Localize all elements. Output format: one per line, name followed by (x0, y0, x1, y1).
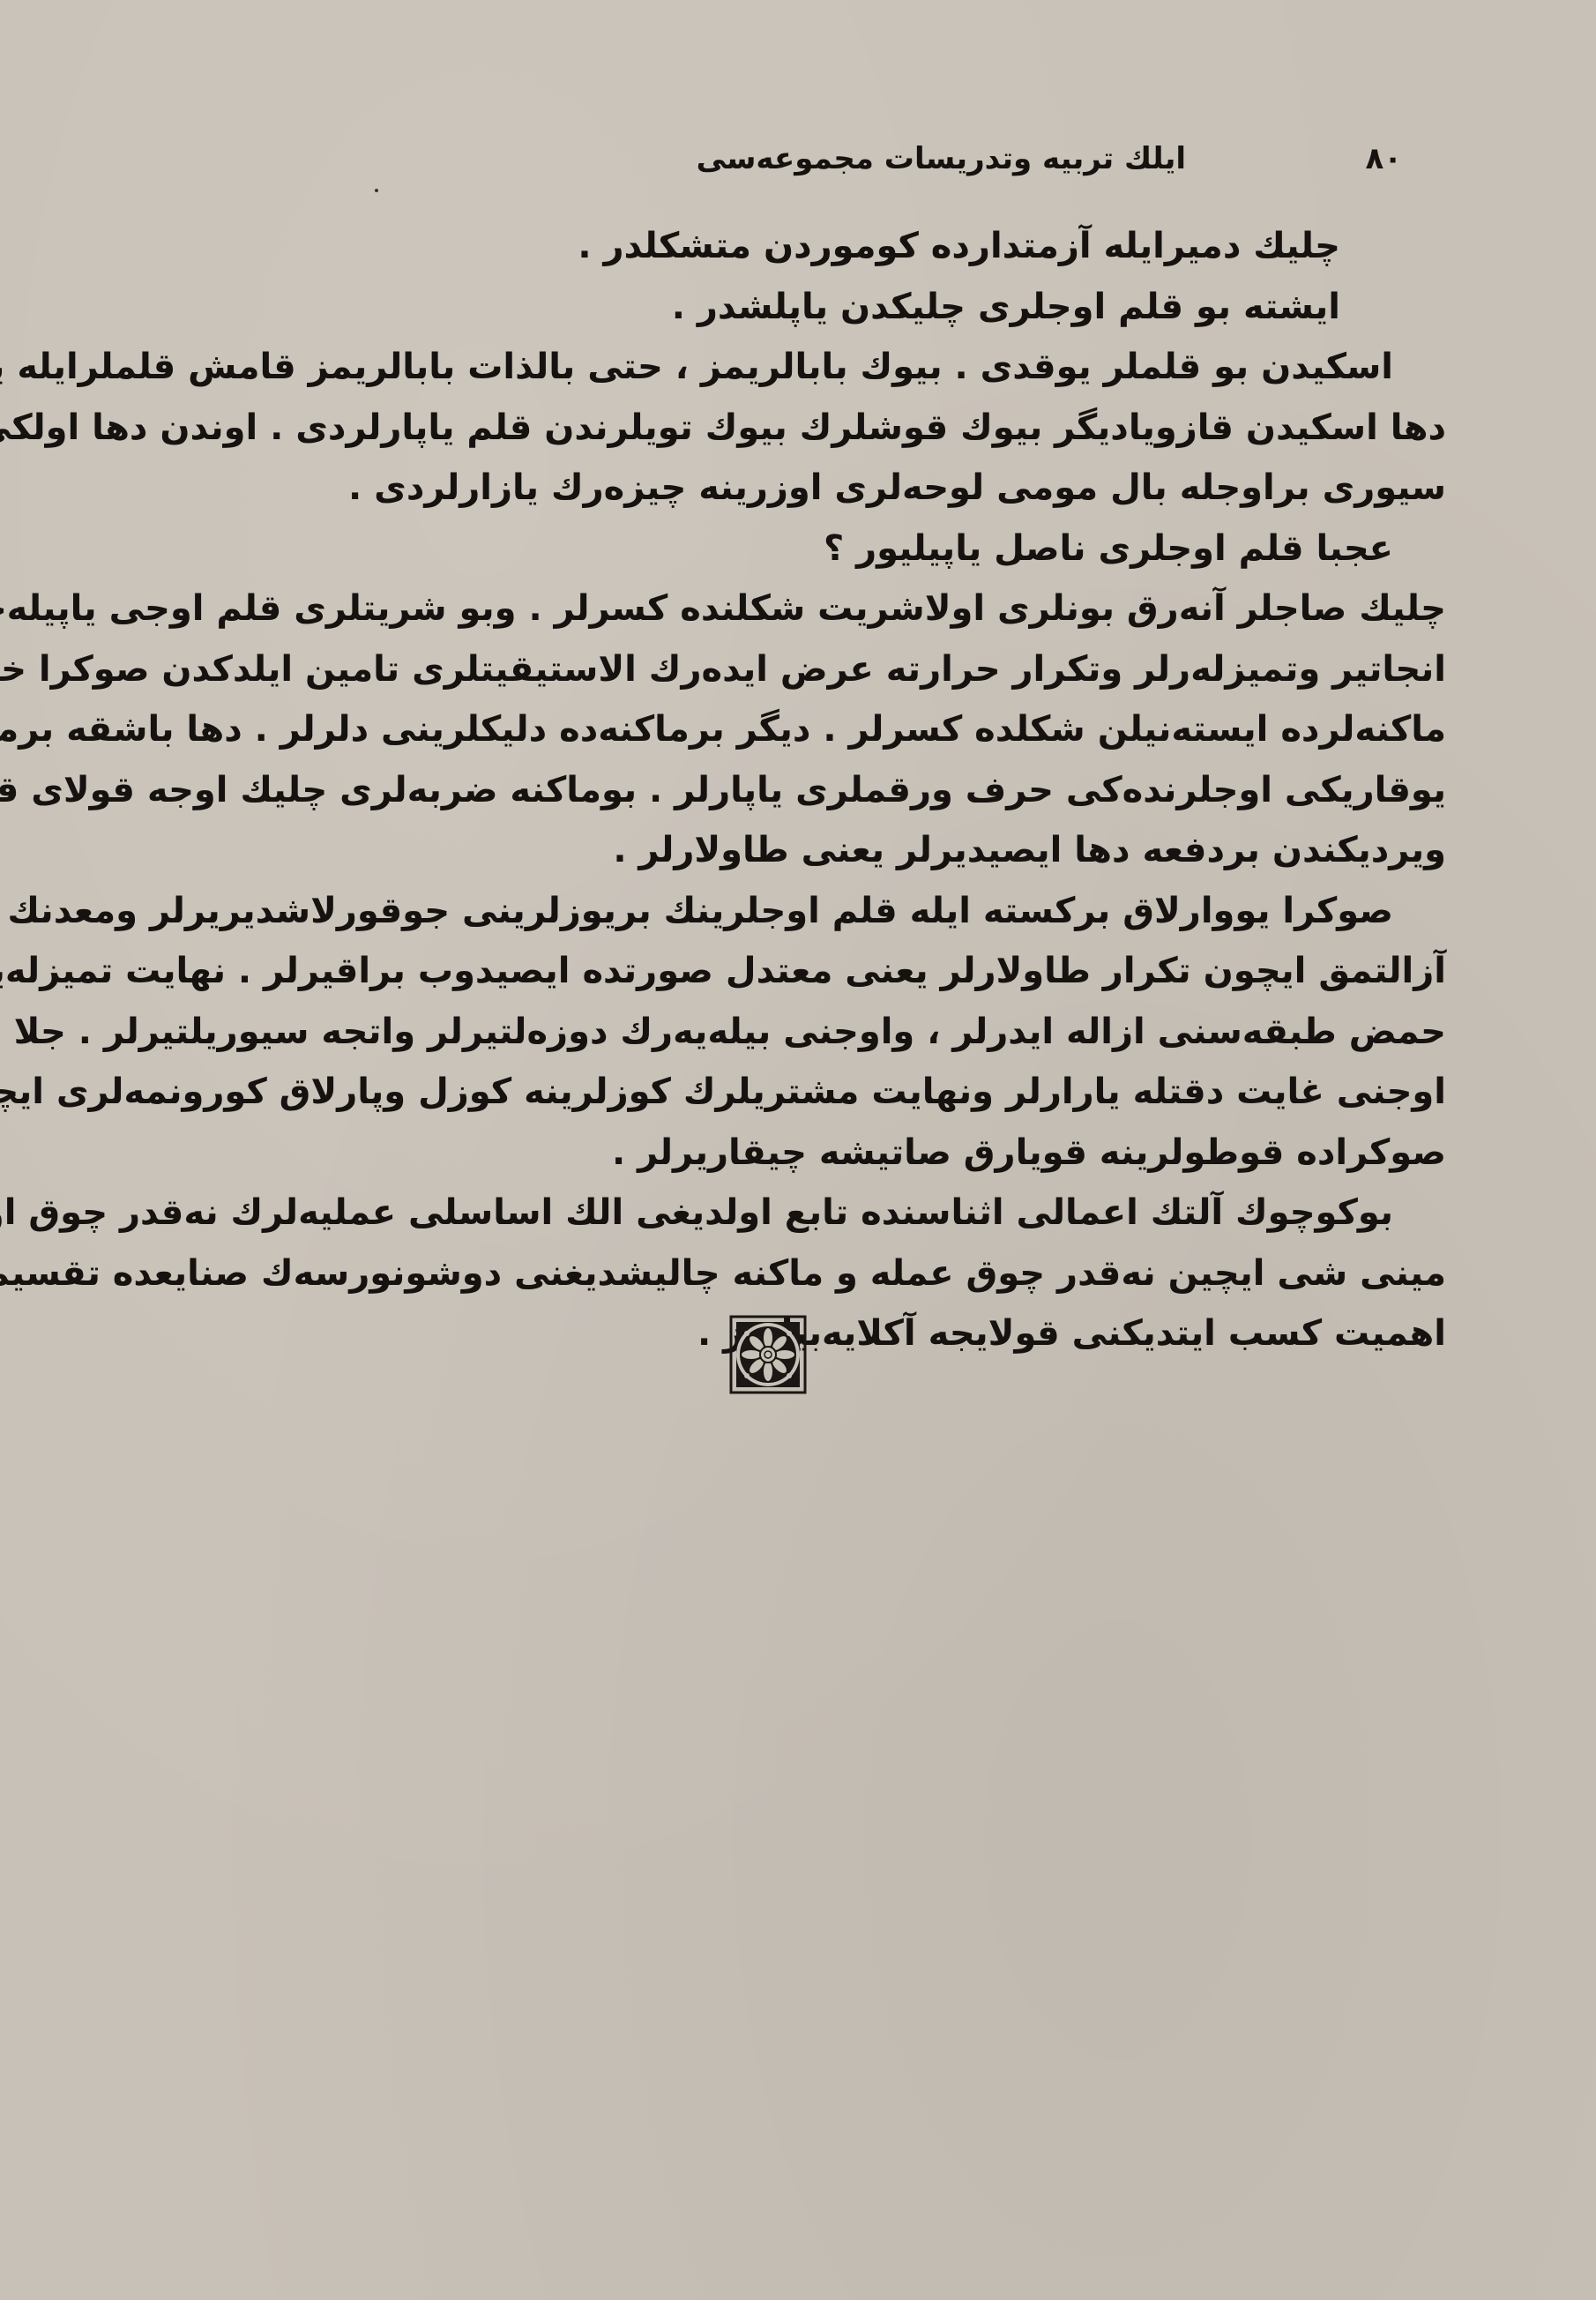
stray-mark (375, 189, 378, 192)
rosette-ornament-icon (729, 1314, 807, 1395)
text-line: بوكوچوك آلتك اعمالی اثناسنده تابع اولدیغ… (123, 1183, 1446, 1243)
text-line: انجاتیر وتمیزله‌رلر وتكرار حرارته عرض ای… (123, 639, 1446, 700)
text-line: حمض طبقه‌سنی ازاله ایدرلر ، واوجنی بیله‌… (123, 1002, 1446, 1063)
text-line: آزالتمق ایچون تكرار طاولارلر یعنی معتدل … (123, 941, 1446, 1002)
book-page: ٨٠ ایلك تربیه وتدریسات مجموعه‌سی چلیك دم… (0, 0, 1596, 2300)
text-line: اوجنی غایت دقتله یارارلر ونهایت مشتریلرك… (123, 1062, 1446, 1123)
running-title: ایلك تربیه وتدریسات مجموعه‌سی (697, 141, 1186, 176)
text-line: ایشته بو قلم اوجلری چلیكدن یاپلشدر . (123, 277, 1446, 338)
text-line: مینی شی ایچین نه‌قدر چوق عمله و ماكنه چا… (123, 1243, 1446, 1304)
text-line: ماكنه‌لرده ایسته‌نیلن شكلده كسرلر . دیگر… (123, 699, 1446, 760)
text-line: چلیك دمیرایله آزمتدارده كوموردن متشكلدر … (123, 216, 1446, 277)
text-line: ویردیكندن بردفعه دها ایصیدیرلر یعنی طاول… (123, 820, 1446, 881)
text-line: صوكراده قوطولرینه قویارق صاتیشه چیقاریرل… (123, 1123, 1446, 1184)
text-line: چلیك صاجلر آنه‌رق بونلری اولاشریت شكلنده… (123, 579, 1446, 639)
text-line: صوكرا یووارلاق بركسته ایله قلم اوجلرینك … (123, 881, 1446, 942)
text-line: یوقاریكی اوجلرنده‌كی حرف ورقملری یاپارلر… (123, 760, 1446, 821)
running-head: ٨٠ ایلك تربیه وتدریسات مجموعه‌سی (608, 141, 1402, 194)
page-number: ٨٠ (1365, 141, 1402, 176)
text-line: سیوری براوجله بال مومی لوحه‌لری اوزرینه … (123, 458, 1446, 519)
text-line: اسكیدن بو قلملر یوقدی . بیوك بابالریمز ،… (123, 337, 1446, 398)
body-text: چلیك دمیرایله آزمتدارده كوموردن متشكلدر … (123, 216, 1446, 1364)
text-line: عجبا قلم اوجلری ناصل یاپیلیور ؟ (123, 519, 1446, 579)
text-line: دها اسكیدن قازویادیگر بیوك قوشلرك بیوك ت… (123, 398, 1446, 459)
